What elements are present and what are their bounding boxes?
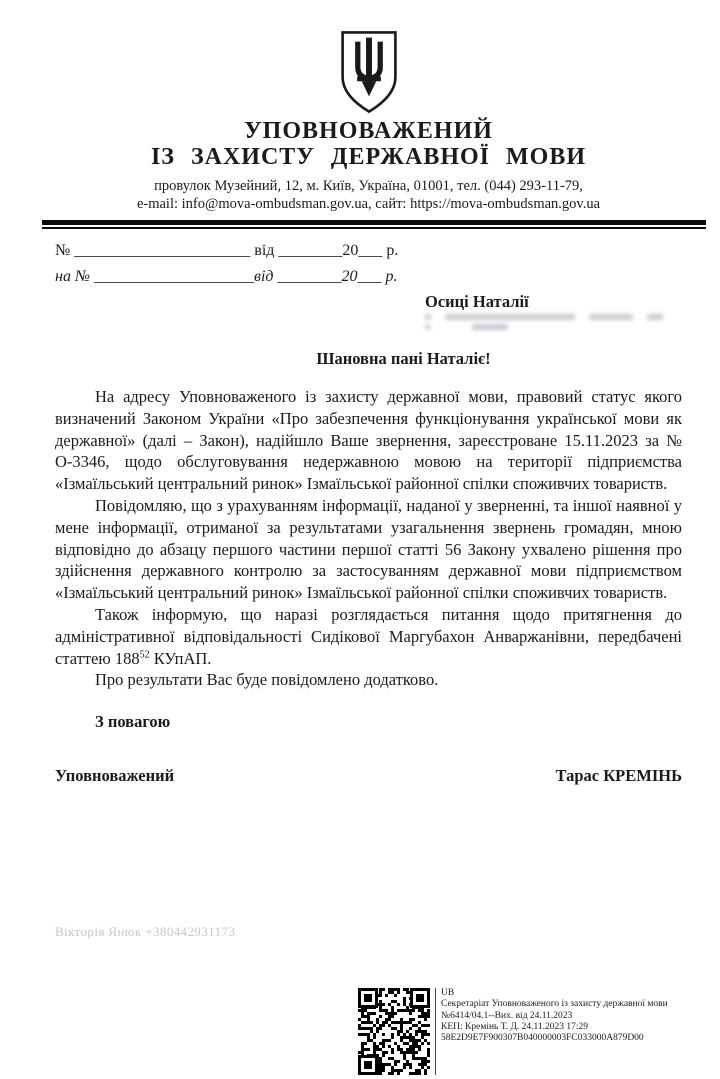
- recipient-block: Осиці Наталії: [425, 292, 682, 332]
- digital-signature-stamp: UB Секретаріат Уповноваженого із захисту…: [358, 988, 720, 1075]
- paragraph-1: На адресу Уповноваженого із захисту держ…: [55, 386, 682, 495]
- paragraph-3: Також інформую, що наразі розглядається …: [55, 604, 682, 669]
- org-address-line2: e-mail: info@mova-ombudsman.gov.ua, сайт…: [55, 196, 682, 214]
- article-superscript: 52: [140, 649, 150, 660]
- outgoing-number-line: № ______________________ від ________20_…: [55, 238, 682, 264]
- redacted-contact-line2: [425, 322, 682, 332]
- org-address: провулок Музейний, 12, м. Київ, Україна,…: [55, 178, 682, 213]
- incoming-number-line: на № ____________________від ________20_…: [55, 264, 682, 290]
- signer-name: Тарас КРЕМІНЬ: [555, 765, 682, 787]
- paragraph-2: Повідомляю, що з урахуванням інформації,…: [55, 495, 682, 604]
- org-title-line1: УПОВНОВАЖЕНИЙ: [55, 118, 682, 144]
- salutation: Шановна пані Наталіє!: [55, 348, 682, 370]
- reference-block: № ______________________ від ________20_…: [55, 238, 682, 290]
- stamp-hash: 58E2D9E7F900307B040000003FC033000A879D00: [441, 1033, 720, 1044]
- stamp-code: UB: [441, 988, 720, 999]
- trident-shield-svg: [336, 26, 402, 118]
- official-letter-page: УПОВНОВАЖЕНИЙ ІЗ ЗАХИСТУ ДЕРЖАВНОЇ МОВИ …: [0, 0, 720, 1079]
- org-title-line2: ІЗ ЗАХИСТУ ДЕРЖАВНОЇ МОВИ: [55, 144, 682, 170]
- qr-finder-top-right: [410, 988, 430, 1008]
- redacted-contact-line: [425, 312, 682, 322]
- org-address-line1: провулок Музейний, 12, м. Київ, Україна,…: [55, 178, 682, 196]
- paragraph-4: Про результати Вас буде повідомлено дода…: [55, 669, 682, 691]
- ukraine-trident-emblem-icon: [336, 26, 402, 118]
- qr-code: [358, 988, 430, 1075]
- stamp-signature-info: КЕП: Кремінь Т. Д. 24.11.2023 17:29: [441, 1022, 720, 1033]
- closing-phrase: З повагою: [55, 711, 682, 733]
- signer-position: Уповноважений: [55, 765, 174, 787]
- paragraph-3-tail: КУпАП.: [150, 649, 212, 668]
- executor-contact: Вікторія Янюк +380442931173: [55, 924, 235, 940]
- signature-row: Уповноважений Тарас КРЕМІНЬ: [55, 765, 682, 787]
- qr-finder-bottom-left: [358, 1055, 378, 1075]
- recipient-name: Осиці Наталії: [425, 292, 682, 312]
- stamp-ref-number: №6414/04.1--Вих. від 24.11.2023: [441, 1011, 720, 1022]
- stamp-org: Секретаріат Уповноваженого із захисту де…: [441, 999, 720, 1010]
- header-divider-rule: [42, 220, 706, 229]
- qr-finder-top-left: [358, 988, 378, 1008]
- stamp-text-block: UB Секретаріат Уповноваженого із захисту…: [435, 988, 720, 1075]
